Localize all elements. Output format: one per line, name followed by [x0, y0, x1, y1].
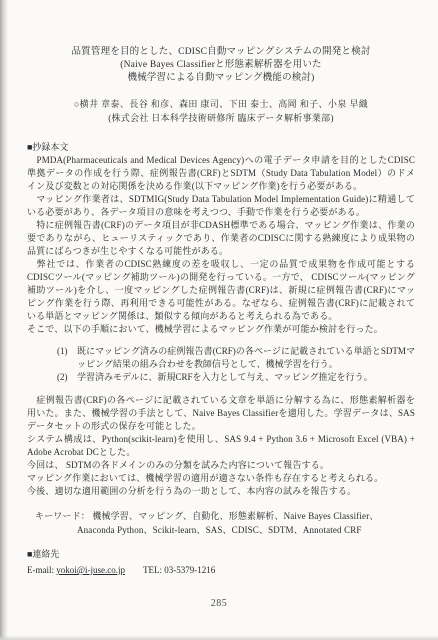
contact-section: ■連絡先 E-mail: yokoi@i-juse.co.jpTEL: 03-5… — [27, 548, 415, 577]
abstract-paragraph-9: マッピング作業においては、機械学習の適用が適さない条件も存在すると考えられる。 — [27, 472, 415, 485]
step-text: 学習済みモデルに、新規CRFを入力として与え、マッピング推定を行う。 — [77, 371, 415, 384]
procedure-list: (1) 既にマッピング済みの症例報告書(CRF)の各ページに記載されている単語と… — [27, 345, 415, 384]
abstract-section: ■抄録本文 PMDA(Pharmaceuticals and Medical D… — [27, 141, 415, 384]
paper-title: 品質管理を目的とした、CDISC自動マッピングシステムの開発と検討 (Naive… — [27, 46, 415, 85]
procedure-step-1: (1) 既にマッピング済みの症例報告書(CRF)の各ページに記載されている単語と… — [57, 345, 415, 371]
scan-edge-bottom — [0, 635, 438, 640]
keywords-text: 機械学習、マッピング、自動化、形態素解析、Naive Bayes Classif… — [77, 511, 379, 535]
abstract-heading: ■抄録本文 — [27, 141, 415, 154]
abstract-paragraph-8: 今回は、 SDTMの各ドメインのみの分類を試みた内容について報告する。 — [27, 459, 415, 472]
abstract-paragraph-5: そこで、以下の手順において、機械学習によるマッピング作業が可能か検討を行った。 — [27, 323, 415, 336]
abstract-paragraph-3: 特に症例報告書(CRF)のデータ項目が非CDASH標準である場合、マッピング作業… — [27, 219, 415, 258]
scan-edge-left — [0, 0, 8, 640]
telephone-number: TEL: 03-5379-1216 — [143, 565, 215, 575]
abstract-paragraph-2: マッピング作業者は、SDTMIG(Study Data Tabulation M… — [27, 193, 415, 219]
keywords-line: キーワード： 機械学習、マッピング、自動化、形態素解析、Naive Bayes … — [35, 510, 415, 537]
scanned-abstract-page: 品質管理を目的とした、CDISC自動マッピングシステムの開発と検討 (Naive… — [0, 0, 438, 640]
abstract-section-continued: 症例報告書(CRF)の各ページに記載されている文章を単語に分解する為に、形態素解… — [27, 394, 415, 498]
page-content: 品質管理を目的とした、CDISC自動マッピングシステムの開発と検討 (Naive… — [27, 46, 415, 577]
procedure-step-2: (2) 学習済みモデルに、新規CRFを入力として与え、マッピング推定を行う。 — [57, 371, 415, 384]
affiliation-line: (株式会社 日本科学技術研修所 臨床データ解析事業部) — [27, 111, 415, 126]
paper-title-line3: 機械学習による自動マッピング機能の検討) — [27, 72, 415, 85]
email-label: E-mail: — [27, 565, 56, 575]
step-number: (2) — [57, 371, 77, 384]
abstract-paragraph-4: 弊社では、作業者のCDISC熟練度の差を吸収し、一定の品質で成果物を作成可能とす… — [27, 258, 415, 323]
step-text: 既にマッピング済みの症例報告書(CRF)の各ページに記載されている単語とSDTM… — [77, 345, 415, 371]
paper-title-line2: (Naive Bayes Classifierと形態素解析器を用いた — [27, 59, 415, 72]
email-address: yokoi@i-juse.co.jp — [56, 565, 125, 575]
step-number: (1) — [57, 345, 77, 371]
abstract-paragraph-1: PMDA(Pharmaceuticals and Medical Devices… — [27, 154, 415, 193]
authors-line: ○横井 章泰、長谷 和彦、森田 康司、下田 泰士、高岡 和子、小泉 早織 — [27, 98, 415, 111]
keywords-label: キーワード： — [35, 511, 92, 521]
contact-line: E-mail: yokoi@i-juse.co.jpTEL: 03-5379-1… — [27, 563, 415, 577]
paper-title-line1: 品質管理を目的とした、CDISC自動マッピングシステムの開発と検討 — [27, 46, 415, 59]
contact-heading: ■連絡先 — [27, 548, 415, 561]
paper-header: 品質管理を目的とした、CDISC自動マッピングシステムの開発と検討 (Naive… — [27, 46, 415, 126]
abstract-paragraph-7: システム構成は、Python(scikit-learn)を使用し、SAS 9.4… — [27, 433, 415, 459]
abstract-paragraph-6: 症例報告書(CRF)の各ページに記載されている文章を単語に分解する為に、形態素解… — [27, 394, 415, 433]
keywords-section: キーワード： 機械学習、マッピング、自動化、形態素解析、Naive Bayes … — [27, 510, 415, 537]
abstract-paragraph-10: 今後、適切な適用範囲の分析を行う為の一助として、本内容の試みを報告する。 — [27, 485, 415, 498]
page-number: 285 — [0, 598, 438, 609]
